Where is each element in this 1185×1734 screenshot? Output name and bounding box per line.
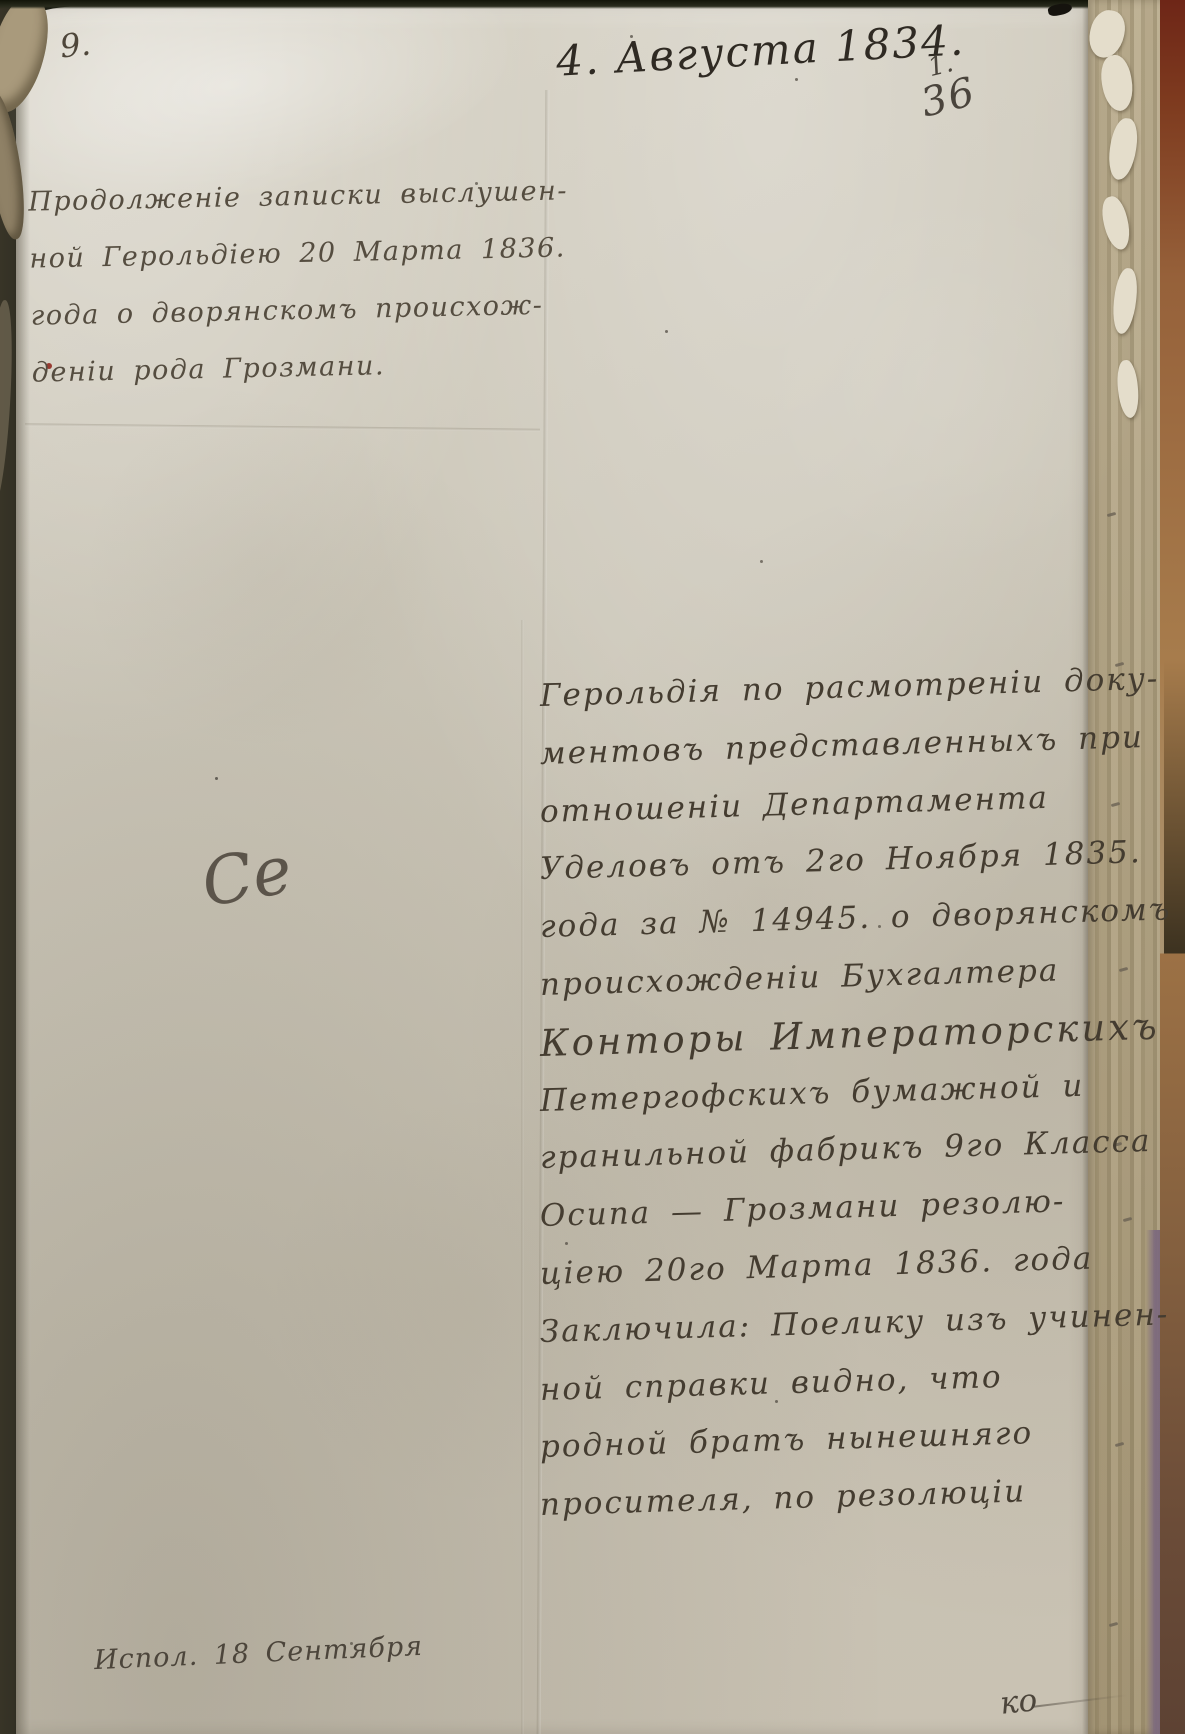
curled-page-edge <box>1097 53 1136 113</box>
curled-page-edge <box>1085 7 1128 61</box>
margin-note: Продолженіе записки выслушен- ной Героль… <box>28 162 572 401</box>
margin-note-line: года о дворянскомъ происхож- <box>30 276 571 344</box>
main-text-block: Герольдія по расмотреніи доку- ментовъ п… <box>540 668 1172 1535</box>
vertical-fold-crease <box>521 620 524 1734</box>
curled-page-edge <box>1098 194 1134 252</box>
curled-page-edge <box>1115 359 1141 419</box>
edge-writing-mark <box>1109 1622 1118 1627</box>
curled-page-edge <box>1111 267 1140 335</box>
curled-page-edge <box>1106 116 1140 181</box>
edge-writing-mark <box>1107 512 1116 517</box>
catchword: ко <box>998 1682 1039 1722</box>
paraph-mark: Се <box>196 831 298 922</box>
archival-document-photo: 9. 4. Августа 1834. 1. 36 Продолженіе за… <box>0 0 1185 1734</box>
photo-top-edge <box>0 0 1185 9</box>
margin-note-line: деніи рода Грозмани. <box>31 333 572 401</box>
binding-gutter-shadow <box>0 0 30 1734</box>
page-number: 9. <box>58 25 92 66</box>
